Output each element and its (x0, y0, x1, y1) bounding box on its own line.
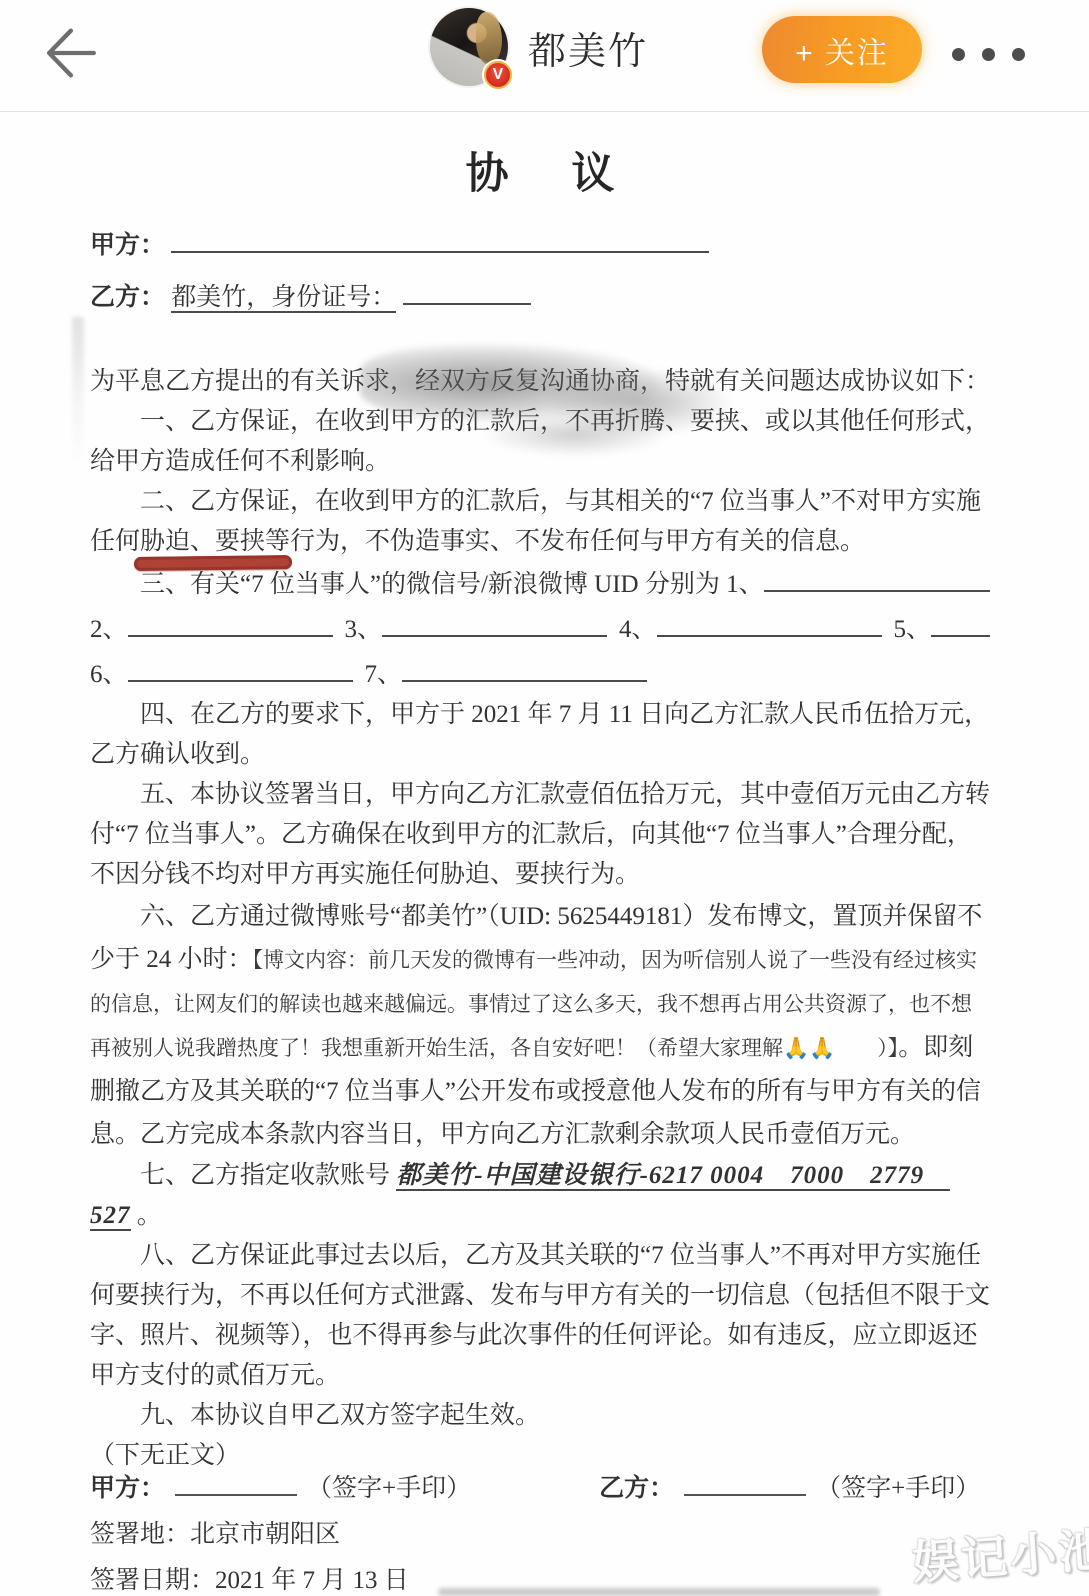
three-dots-icon (982, 48, 995, 61)
uid-blank-4 (657, 605, 882, 637)
sign-b-suffix: （签字+手印） (816, 1466, 980, 1512)
sign-b-label: 乙方： (599, 1466, 674, 1512)
uid-blank-row: 2、 3、 4、 5、 (90, 605, 990, 650)
uid-blank-7 (402, 650, 647, 682)
sign-a-label: 甲方： (90, 1466, 165, 1512)
doc-clause-9: 九、本协议自甲乙双方签字起生效。 (90, 1396, 990, 1436)
signature-block: 甲方： （签字+手印） 乙方： （签字+手印） 签署地：北京市朝阳区 签署日期：… (90, 1464, 995, 1596)
uid-blank-1 (764, 562, 990, 592)
document-photo[interactable]: 协 议 甲方： 乙方： 都美竹，身份证号： 为平息乙方提出的有关诉求，经双方反复… (0, 112, 1089, 1596)
uid-blank-6 (128, 650, 353, 682)
uid-blank-3 (382, 605, 607, 637)
clause-3-prefix: 三、有关“7 位当事人”的微信号/新浪微博 UID 分别为 1、 (140, 565, 764, 605)
uid-item-label: 6、 (90, 655, 128, 695)
more-button[interactable] (946, 42, 1031, 67)
party-b-blank-line (403, 275, 531, 305)
follow-button[interactable]: + 关注 (762, 16, 922, 83)
doc-preamble: 为平息乙方提出的有关诉求，经双方反复沟通协商，特就有关问题达成协议如下： (90, 362, 990, 402)
party-a-blank-line (171, 223, 709, 253)
doc-clause-1: 一、乙方保证，在收到甲方的汇款后，不再折腾、要挟、或以其他任何形式，给甲方造成任… (90, 402, 990, 482)
sign-a-suffix: （签字+手印） (307, 1466, 471, 1512)
party-b-line: 乙方： 都美竹，身份证号： (90, 272, 990, 324)
doc-clause-4: 四、在乙方的要求下，甲方于 2021 年 7 月 11 日向乙方汇款人民币伍拾万… (90, 695, 990, 775)
sign-place: 签署地：北京市朝阳区 (90, 1512, 995, 1558)
uid-item-label: 7、 (365, 655, 403, 695)
doc-clause-7: 七、乙方指定收款账号 都美竹-中国建设银行-6217 0004 7000 277… (90, 1156, 990, 1236)
signature-row: 甲方： （签字+手印） 乙方： （签字+手印） (90, 1464, 995, 1512)
uid-item-label: 4、 (619, 610, 657, 650)
avatar-photo-detail (476, 12, 502, 64)
clause-7-text: 七、乙方指定收款账号 (140, 1162, 396, 1189)
back-arrow-icon (36, 71, 102, 88)
uid-blank-row: 6、 7、 (90, 650, 990, 695)
uid-blank-2 (128, 605, 333, 637)
three-dots-icon (952, 48, 965, 61)
verified-v-icon: V (484, 61, 512, 89)
uid-blank-5 (931, 605, 990, 637)
doc-clause-6: 六、乙方通过微博账号“都美竹”（UID: 5625449181）发布博文，置顶并… (90, 895, 990, 1156)
doc-clause-5: 五、本协议签署当日，甲方向乙方汇款壹佰伍拾万元，其中壹佰万元由乙方转付“7 位当… (90, 775, 990, 895)
clause-2-text: 行为，不伪造事实、不发布任何与甲方有关的信息。 (290, 528, 865, 555)
scan-artifact (72, 317, 84, 467)
clause-7-text: 。 (131, 1202, 162, 1229)
uid-item-label: 2、 (90, 610, 128, 650)
party-a-line: 甲方： (90, 220, 990, 272)
uid-item-label: 5、 (894, 610, 932, 650)
party-b-value: 都美竹，身份证号： (171, 284, 396, 313)
three-dots-icon (1012, 48, 1025, 61)
clause-2-red-underlined-text: 胁迫、要挟等 (140, 528, 290, 555)
sign-a-blank-line (175, 1464, 297, 1496)
username[interactable]: 都美竹 (528, 20, 648, 75)
nav-bar: V 都美竹 + 关注 (0, 0, 1089, 112)
party-a-label: 甲方： (90, 232, 165, 259)
doc-clause-8: 八、乙方保证此事过去以后，乙方及其关联的“7 位当事人”不再对甲方实施任何要挟行… (90, 1236, 990, 1396)
doc-title: 协 议 (90, 146, 990, 204)
sign-date: 签署日期：2021 年 7 月 13 日 (90, 1558, 995, 1596)
avatar[interactable]: V (430, 8, 508, 86)
party-b-label: 乙方： (90, 284, 165, 311)
profile-header[interactable]: V 都美竹 (430, 8, 648, 86)
uid-item-label: 3、 (345, 610, 383, 650)
sign-b-blank-line (684, 1464, 806, 1496)
doc-clause-2: 二、乙方保证，在收到甲方的汇款后，与其相关的“7 位当事人”不对甲方实施任何胁迫… (90, 482, 990, 562)
back-button[interactable] (36, 22, 102, 84)
